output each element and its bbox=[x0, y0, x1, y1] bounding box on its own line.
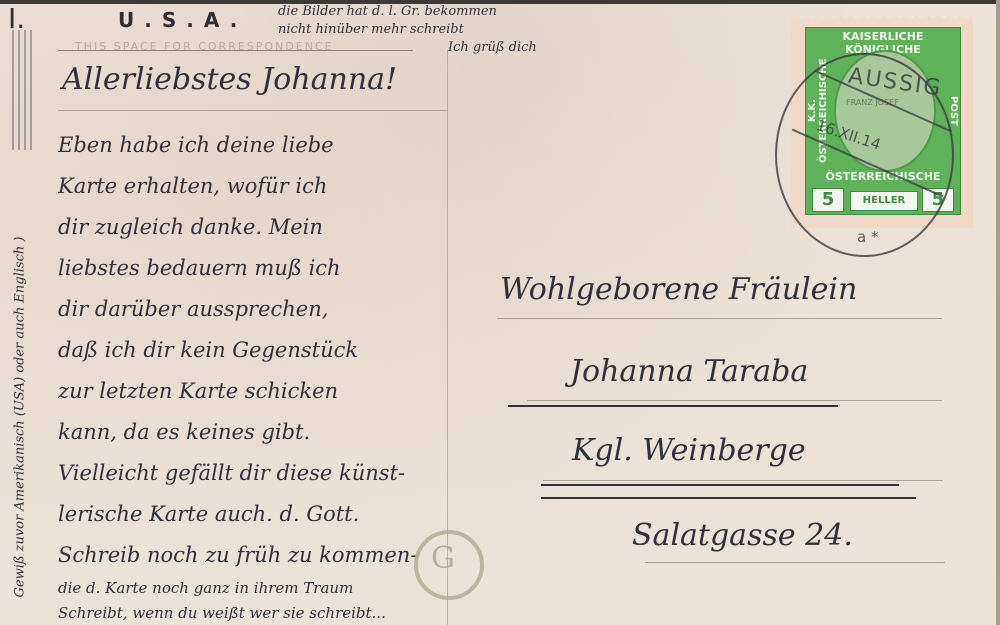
postcard: I. U.S.A. THIS SPACE FOR CORRESPONDENCE … bbox=[0, 0, 1000, 625]
message-line: Schreib noch zu früh zu kommen- bbox=[58, 535, 453, 576]
publisher-monogram: G bbox=[431, 541, 455, 576]
message-line: daß ich dir kein Gegenstück bbox=[58, 330, 453, 371]
address-honorific: Wohlgeborene Fräulein bbox=[500, 272, 857, 307]
card-edge-right bbox=[996, 0, 1000, 625]
top-note-line: nicht hinüber mehr schreibt bbox=[278, 21, 608, 39]
address-rule bbox=[645, 562, 945, 563]
postmark-suffix: a * bbox=[857, 228, 878, 246]
country-header: U.S.A. bbox=[118, 8, 247, 32]
name-underline bbox=[508, 405, 838, 407]
message-line: Eben habe ich deine liebe bbox=[58, 125, 453, 166]
top-margin-note: die Bilder hat d. l. Gr. bekommen nicht … bbox=[278, 3, 608, 57]
message-line: liebstes bedauern muß ich bbox=[58, 248, 453, 289]
address-rule bbox=[543, 480, 943, 481]
recipient-town: Kgl. Weinberge bbox=[572, 433, 806, 468]
town-underline bbox=[541, 497, 916, 499]
recipient-name: Johanna Taraba bbox=[570, 354, 808, 389]
message-line: dir zugleich danke. Mein bbox=[58, 207, 453, 248]
message-line: die d. Karte noch ganz in ihrem Traum bbox=[58, 576, 453, 601]
top-note-line: Ich grüß dich bbox=[278, 39, 608, 57]
message-body: Eben habe ich deine liebe Karte erhalten… bbox=[58, 125, 453, 625]
address-rule bbox=[497, 318, 942, 319]
message-line: zur letzten Karte schicken bbox=[58, 371, 453, 412]
message-line: dir darüber aussprechen, bbox=[58, 289, 453, 330]
message-line: Schreibt, wenn du weißt wer sie schreibt… bbox=[58, 601, 453, 625]
message-line: kann, da es keines gibt. bbox=[58, 412, 453, 453]
salutation: Allerliebstes Johanna! bbox=[62, 62, 397, 97]
vertical-margin-note: Gewiß zuvor Amerikanisch (USA) oder auch… bbox=[13, 18, 28, 598]
message-line: Karte erhalten, wofür ich bbox=[58, 166, 453, 207]
town-underline bbox=[541, 484, 899, 486]
salutation-rule bbox=[58, 110, 448, 111]
recipient-street: Salatgasse 24. bbox=[632, 518, 853, 553]
message-line: Vielleicht gefällt dir diese künst- bbox=[58, 453, 453, 494]
address-rule bbox=[527, 400, 942, 401]
message-line: lerische Karte auch. d. Gott. bbox=[58, 494, 453, 535]
top-note-line: die Bilder hat d. l. Gr. bekommen bbox=[278, 3, 608, 21]
